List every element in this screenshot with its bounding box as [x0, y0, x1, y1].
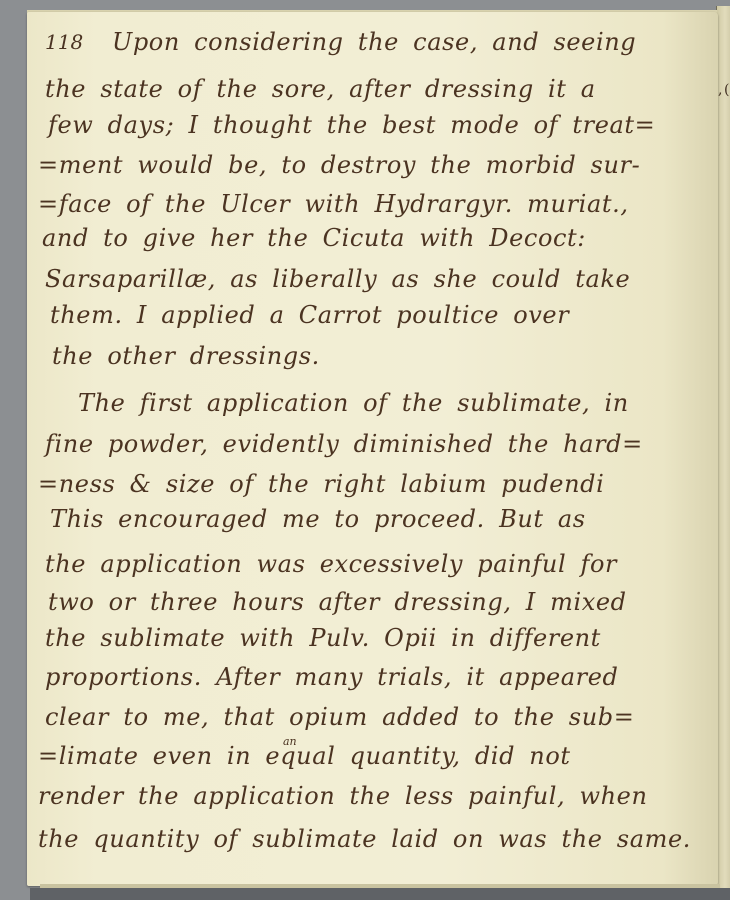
binding-shadow	[30, 888, 730, 900]
text-line: the quantity of sublimate laid on was th…	[38, 825, 691, 853]
text-line: render the application the less painful,…	[38, 782, 648, 810]
text-line: the application was excessively painful …	[45, 550, 617, 578]
text-line: fine powder, evidently diminished the ha…	[45, 430, 643, 458]
text-line: =limate even in equal quantity, did not	[38, 742, 571, 770]
text-line: This encouraged me to proceed. But as	[50, 505, 586, 533]
adjacent-page-mark: ,	[718, 82, 722, 98]
text-line: Upon considering the case, and seeing	[112, 28, 636, 56]
page-number: 118	[45, 30, 83, 54]
text-line: the other dressings.	[52, 342, 320, 370]
text-line: and to give her the Cicuta with Decoct:	[42, 224, 586, 252]
text-line: the sublimate with Pulv. Opii in differe…	[45, 624, 601, 652]
text-line: few days; I thought the best mode of tre…	[48, 111, 655, 139]
text-line: clear to me, that opium added to the sub…	[45, 703, 634, 731]
adjacent-page-mark: (	[724, 82, 729, 98]
text-line: two or three hours after dressing, I mix…	[48, 588, 627, 616]
text-line: them. I applied a Carrot poultice over	[50, 301, 569, 329]
text-line: proportions. After many trials, it appea…	[45, 663, 619, 691]
text-line: =ness & size of the right labium pudendi	[38, 470, 604, 498]
text-line: the state of the sore, after dressing it…	[45, 75, 596, 103]
text-line: =face of the Ulcer with Hydrargyr. muria…	[38, 190, 629, 218]
text-line: Sarsaparillæ, as liberally as she could …	[45, 265, 630, 293]
text-line: =ment would be, to destroy the morbid su…	[38, 151, 640, 179]
adjacent-page-edge	[716, 6, 730, 888]
interlinear-insertion: an	[283, 735, 297, 748]
text-line: The first application of the sublimate, …	[78, 389, 629, 417]
